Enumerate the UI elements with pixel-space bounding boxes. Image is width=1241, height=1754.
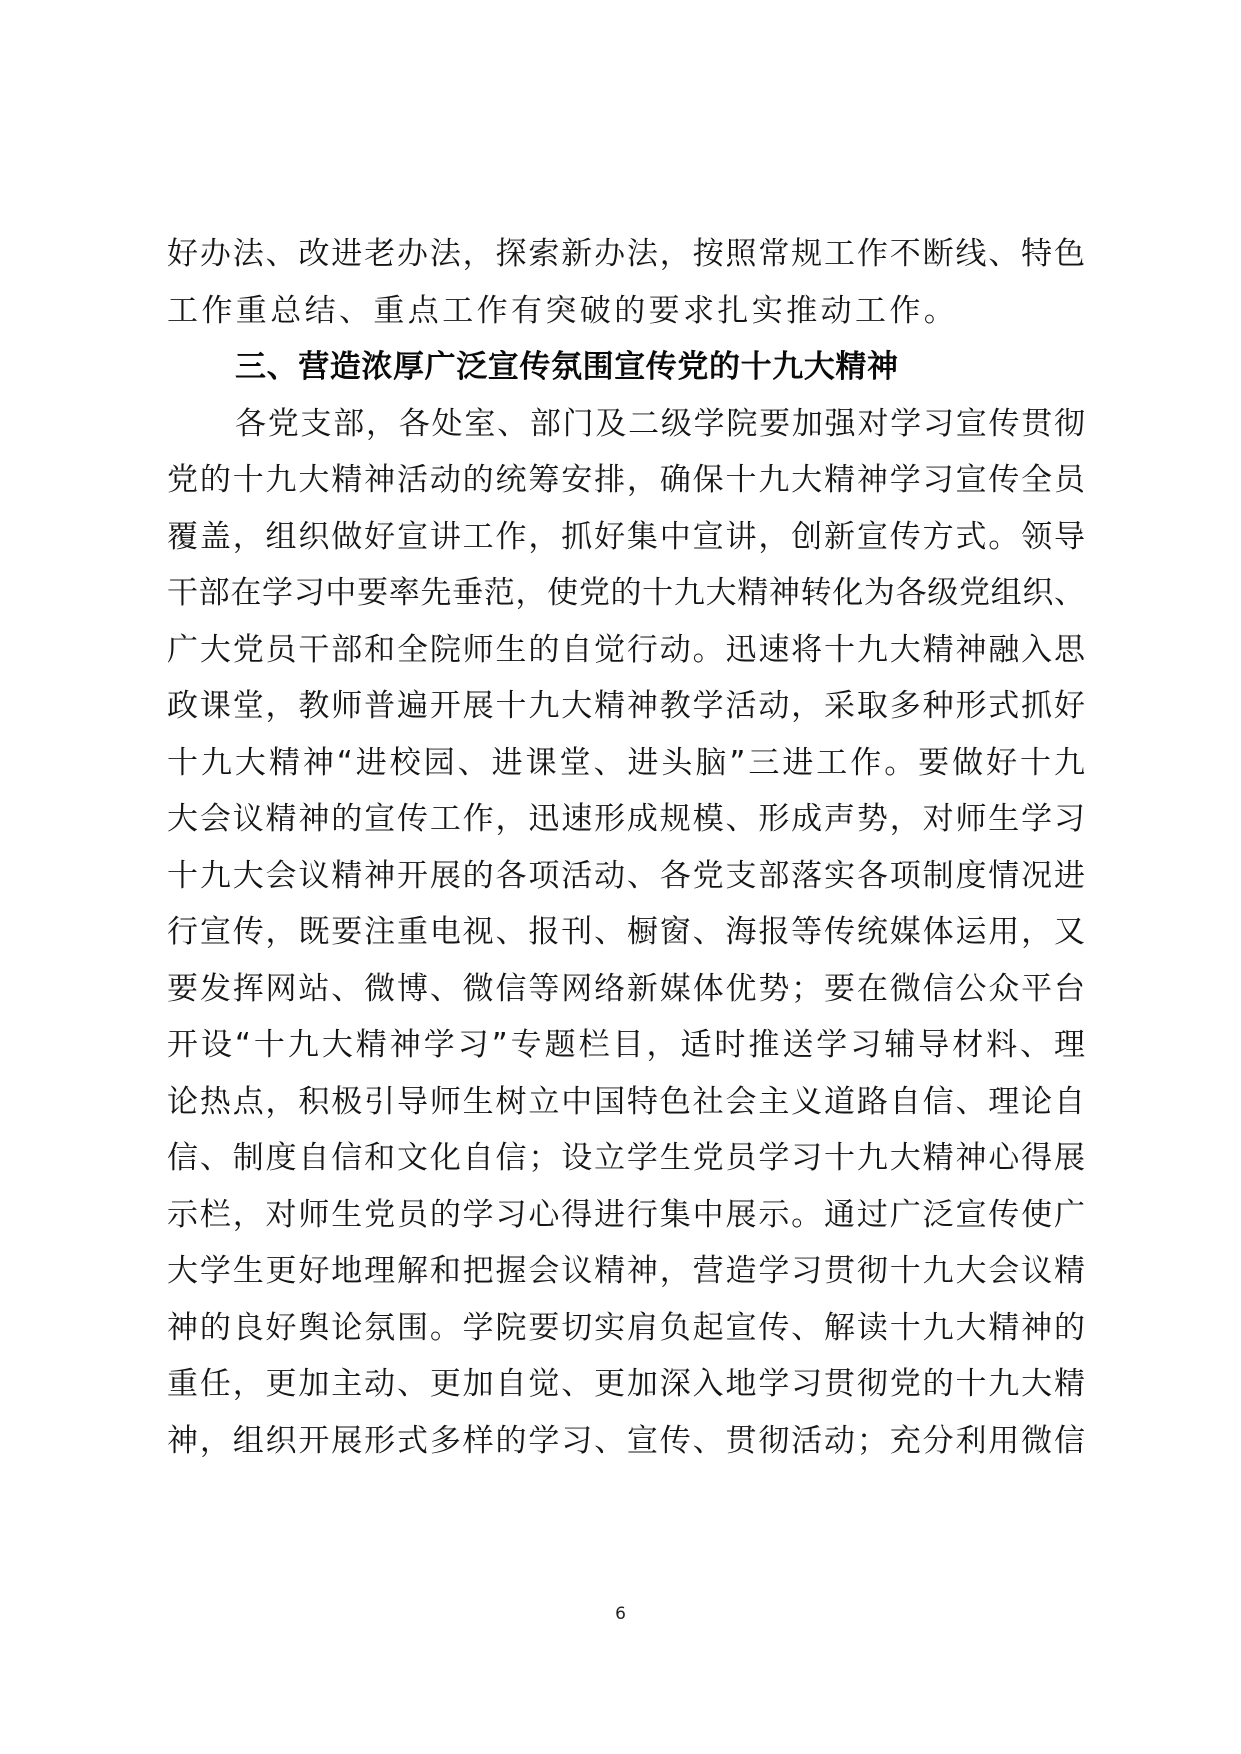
paragraph-line: 示栏，对师生党员的学习心得进行集中展示。通过广泛宣传使广	[167, 1187, 1085, 1244]
paragraph-line: 论热点，积极引导师生树立中国特色社会主义道路自信、理论自	[167, 1074, 1085, 1131]
paragraph-line: 信、制度自信和文化自信；设立学生党员学习十九大精神心得展	[167, 1130, 1085, 1187]
paragraph-line: 神，组织开展形式多样的学习、宣传、贯彻活动；充分利用微信	[167, 1413, 1085, 1470]
section-heading: 三、营造浓厚广泛宣传氛围宣传党的十九大精神	[167, 339, 1085, 396]
document-body: 好办法、改进老办法，探索新办法，按照常规工作不断线、特色 工作重总结、重点工作有…	[167, 226, 1085, 1469]
paragraph-line: 各党支部，各处室、部门及二级学院要加强对学习宣传贯彻	[167, 396, 1085, 453]
text-line: 工作重总结、重点工作有突破的要求扎实推动工作。	[167, 283, 1085, 340]
paragraph-line: 要发挥网站、微博、微信等网络新媒体优势；要在微信公众平台	[167, 961, 1085, 1018]
paragraph-line: 十九大精神“进校园、进课堂、进头脑”三进工作。要做好十九	[167, 735, 1085, 792]
paragraph-line: 神的良好舆论氛围。学院要切实肩负起宣传、解读十九大精神的	[167, 1300, 1085, 1357]
page-number: 6	[0, 1604, 1241, 1624]
paragraph-line: 开设“十九大精神学习”专题栏目，适时推送学习辅导材料、理	[167, 1017, 1085, 1074]
text-line: 好办法、改进老办法，探索新办法，按照常规工作不断线、特色	[167, 226, 1085, 283]
paragraph-line: 广大党员干部和全院师生的自觉行动。迅速将十九大精神融入思	[167, 622, 1085, 679]
paragraph-line: 十九大会议精神开展的各项活动、各党支部落实各项制度情况进	[167, 848, 1085, 905]
paragraph-line: 大学生更好地理解和把握会议精神，营造学习贯彻十九大会议精	[167, 1243, 1085, 1300]
document-page: 好办法、改进老办法，探索新办法，按照常规工作不断线、特色 工作重总结、重点工作有…	[0, 0, 1241, 1754]
paragraph-line: 覆盖，组织做好宣讲工作，抓好集中宣讲，创新宣传方式。领导	[167, 509, 1085, 566]
paragraph-line: 政课堂，教师普遍开展十九大精神教学活动，采取多种形式抓好	[167, 678, 1085, 735]
paragraph-line: 党的十九大精神活动的统筹安排，确保十九大精神学习宣传全员	[167, 452, 1085, 509]
paragraph-line: 重任，更加主动、更加自觉、更加深入地学习贯彻党的十九大精	[167, 1356, 1085, 1413]
paragraph-line: 干部在学习中要率先垂范，使党的十九大精神转化为各级党组织、	[167, 565, 1085, 622]
paragraph-line: 行宣传，既要注重电视、报刊、橱窗、海报等传统媒体运用，又	[167, 904, 1085, 961]
paragraph-line: 大会议精神的宣传工作，迅速形成规模、形成声势，对师生学习	[167, 791, 1085, 848]
